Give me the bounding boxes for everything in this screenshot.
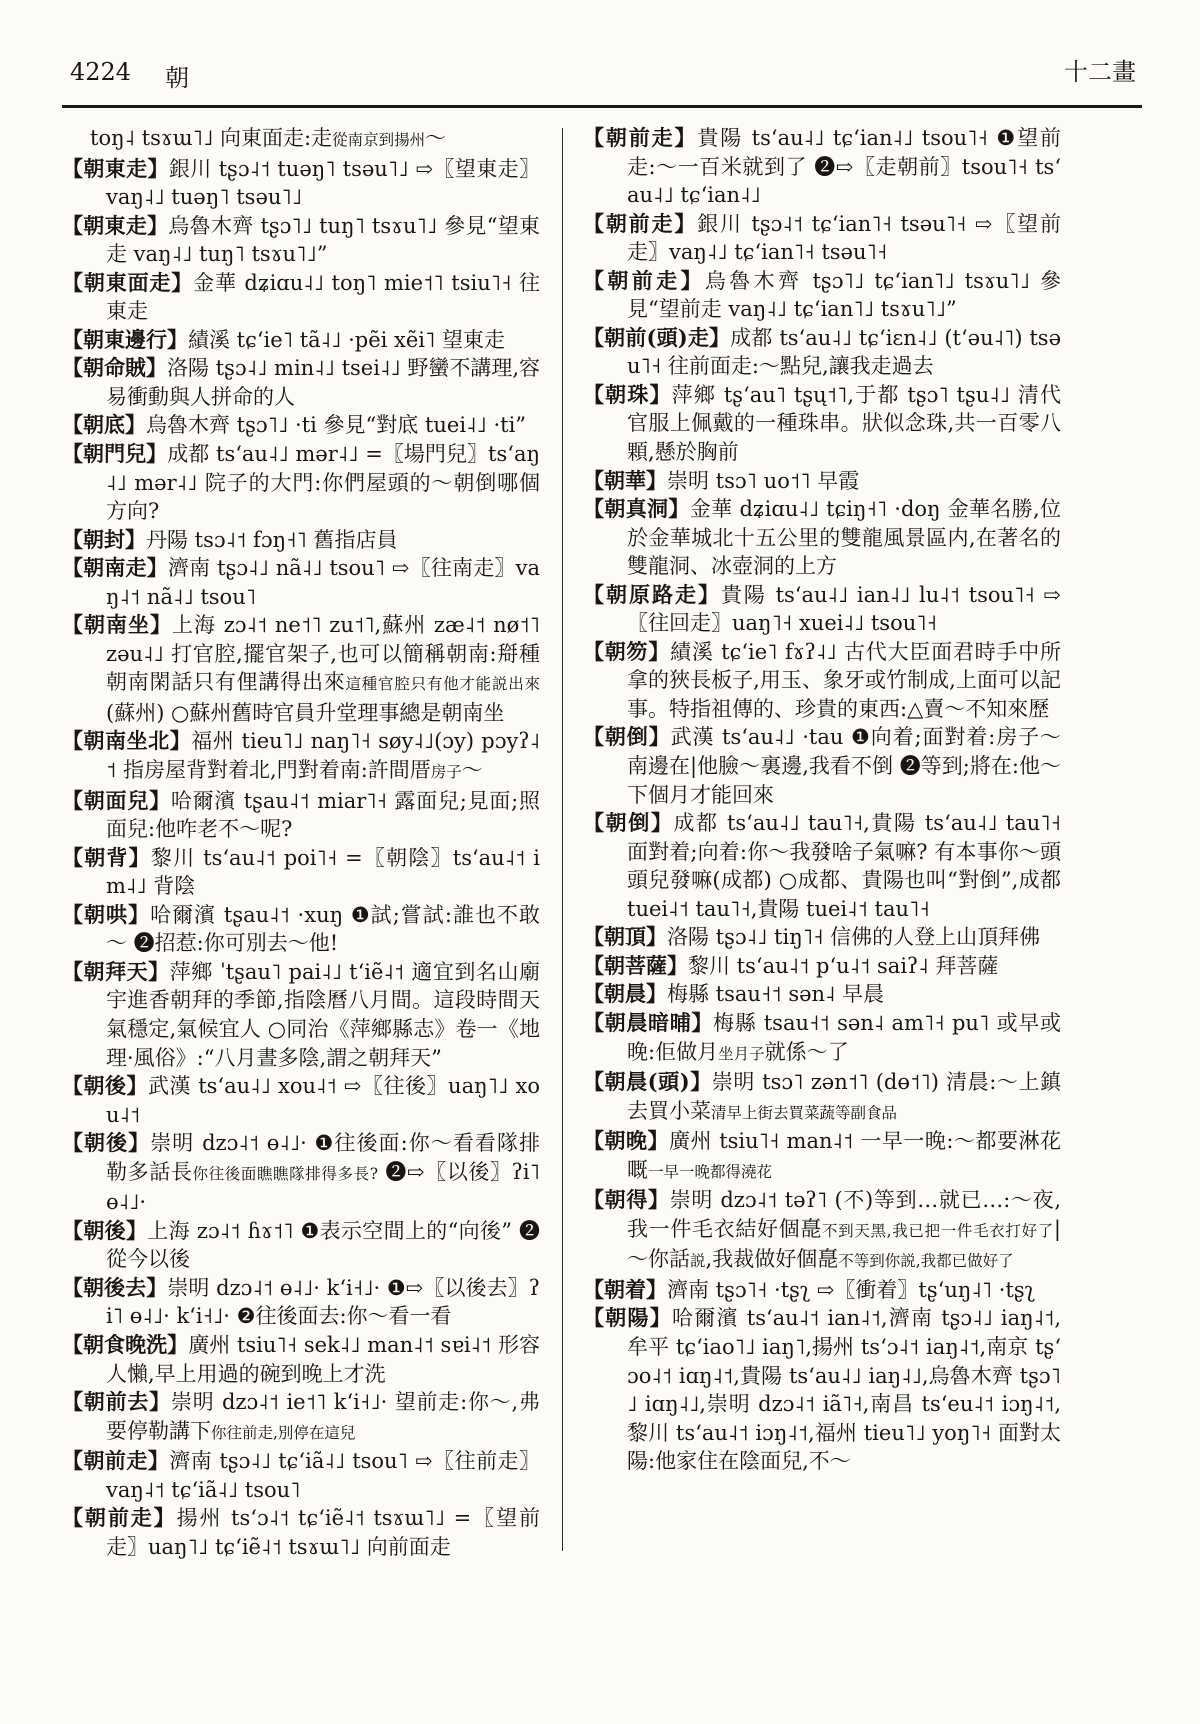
dictionary-entry: 【朝得】崇明 dzɔ˨˦ təʔ˥ (不)等到…就已…:～夜,我一件毛衣結好個嗭… — [583, 1186, 1061, 1276]
dictionary-entry: 【朝拜天】萍鄉 ˈtʂau˥ pai˨˩ tʻiẽ˨˦ 適宜到名山廟宇進香朝拜的… — [62, 958, 540, 1072]
entry-headword: 【朝笏】 — [583, 639, 670, 664]
entry-text: 梅縣 tsau˧˦ sən˨ 早晨 — [667, 982, 884, 1006]
entry-text: 銀川 tʂɔ˨˦ tuəŋ˥ tsəu˥˩ ⇨〖望東走〗vaŋ˨˩ tuəŋ˥ … — [106, 157, 540, 210]
dictionary-entry: 【朝倒】成都 tsʻau˨˩ tau˥˧,貴陽 tsʻau˨˩ tau˥˧ 面對… — [583, 809, 1061, 923]
entry-text: 金華 dʑiɑu˨˩ tɕiŋ˧˥ ·doŋ 金華名勝,位於金華城北十五公里的雙… — [627, 497, 1061, 578]
entry-headword: 【朝封】 — [62, 527, 146, 552]
dictionary-entry: 【朝頂】洛陽 tʂɔ˨˩ tiŋ˥˧ 信佛的人登上山頂拜佛 — [583, 923, 1061, 952]
dictionary-entry: 【朝前走】揚州 tsʻɔ˨˦ tɕʻiẽ˨˦ tsɤɯ˥˩ =〖望前走〗uaŋ˥… — [62, 1504, 540, 1561]
entry-headword: 【朝東邊行】 — [62, 327, 188, 352]
dictionary-entry: 【朝前走】貴陽 tsʻau˨˩ tɕʻian˨˩ tsou˥˧ ❶望前走:～一百… — [583, 124, 1061, 210]
dictionary-entry: 【朝命賊】洛陽 tʂɔ˨˩ min˨˩ tsei˨˩ 野蠻不講理,容易衝動與人拼… — [62, 354, 540, 411]
entry-headword: 【朝前走】 — [583, 268, 705, 293]
dictionary-entry: 【朝後】上海 zɔ˨˦ ɦɤ˦˥ ❶表示空間上的“向後” ❷從今以後 — [62, 1217, 540, 1274]
entry-text: 濟南 tʂɔ˨˩ tɕʻiã˨˩ tsou˥ ⇨〖往前走〗vaŋ˨˦ tɕʻiã… — [106, 1449, 540, 1502]
entry-headword: 【朝命賊】 — [62, 355, 167, 380]
entry-headword: 【朝真洞】 — [583, 496, 690, 521]
dictionary-entry: 【朝後】武漢 tsʻau˨˩ xou˨˦ ⇨〖往後〗uaŋ˥˩ xou˨˦ — [62, 1072, 540, 1129]
entry-headword: 【朝後】 — [62, 1130, 150, 1155]
entry-headword: 【朝得】 — [583, 1187, 670, 1212]
entry-text: 黎川 tsʻau˨˦ poi˥˧ =〖朝陰〗tsʻau˨˦ im˨˩ 背陰 — [106, 846, 540, 899]
entry-text: 哈爾濱 tsʻau˨˦ ian˨˦,濟南 tʂɔ˨˩ iaŋ˨˦,牟平 tɕʻi… — [627, 1306, 1061, 1473]
entry-text: 丹陽 tsɔ˨˦ fɔŋ˧˥ 舊指店員 — [146, 528, 398, 552]
entry-headword: 【朝東走】 — [62, 156, 169, 181]
dictionary-entry: 【朝前(頭)走】成都 tsʻau˨˩ tɕʻiɛn˨˩ (tʻəu˨˥) tsə… — [583, 324, 1061, 381]
dictionary-entry: 【朝華】崇明 tsɔ˥ uo˦˥ 早霞 — [583, 467, 1061, 496]
entry-headword: 【朝底】 — [62, 412, 146, 437]
dictionary-entry: 【朝笏】績溪 tɕʻie˥ fɤʔ˨˩ 古代大臣面君時手中所拿的狹長板子,用玉、… — [583, 638, 1061, 724]
entry-text: 洛陽 tʂɔ˨˩ tiŋ˥˧ 信佛的人登上山頂拜佛 — [667, 925, 1040, 949]
dictionary-entry: 【朝後去】崇明 dzɔ˨˦ ɵ˨˩· kʻi˧˩· ❶⇨〖以後去〗ʔi˥ ɵ˨˩… — [62, 1274, 540, 1331]
dictionary-entry: 【朝哄】哈爾濱 tʂau˨˦ ·xuŋ ❶試;嘗試:誰也不敢～ ❷招惹:你可別去… — [62, 901, 540, 958]
stroke-section: 十二畫 — [1064, 52, 1136, 87]
entry-headword: 【朝門兒】 — [62, 441, 167, 466]
entry-headword: 【朝南坐北】 — [62, 728, 191, 753]
entry-headword: 【朝東面走】 — [62, 270, 193, 295]
entry-text: 烏魯木齊 tʂɔ˥˩ tuŋ˥ tsɤu˥˩ 參見“望東走 vaŋ˨˩ tuŋ˥… — [106, 214, 540, 267]
entry-text: 崇明 dzɔ˨˦ ɵ˨˩· kʻi˧˩· ❶⇨〖以後去〗ʔi˥ ɵ˨˩· kʻi… — [106, 1276, 540, 1329]
entry-headword: 【朝哄】 — [62, 902, 150, 927]
entry-text: 績溪 tɕʻie˥ tã˨˩ ·pẽi xẽi˥ 望東走 — [188, 328, 505, 352]
dictionary-entry: 【朝東走】烏魯木齊 tʂɔ˥˩ tuŋ˥ tsɤu˥˩ 參見“望東走 vaŋ˨˩… — [62, 212, 540, 269]
dictionary-entry: 【朝晨暗晡】梅縣 tsau˧˦ sən˨ am˥˧ pu˥ 或早或晚:佢做月坐月… — [583, 1009, 1061, 1068]
entry-headword: 【朝晨】 — [583, 981, 667, 1006]
entry-text: 績溪 tɕʻie˥ fɤʔ˨˩ 古代大臣面君時手中所拿的狹長板子,用玉、象牙或竹… — [627, 640, 1061, 721]
entry-headword: 【朝南坐】 — [62, 612, 172, 637]
gloss-small-text: 不等到你説,我都已做好了 — [838, 1252, 1013, 1270]
entry-text: toŋ˨ tsɤɯ˥˩ 向東面走:走 — [90, 126, 332, 150]
entry-text: 萍鄉 tʂʻau˥ tʂų˦˥,于都 tʂɔ˥ tʂu˨˩ 清代官服上佩戴的一種… — [627, 383, 1061, 464]
entry-text: 崇明 tsɔ˥ uo˦˥ 早霞 — [667, 469, 859, 493]
gloss-small-text: 從南京到揚州 — [332, 131, 425, 149]
entry-text: ～ — [425, 126, 446, 150]
entry-headword: 【朝原路走】 — [583, 582, 721, 607]
entry-headword: 【朝後去】 — [62, 1275, 167, 1300]
radical-headword: 朝 — [165, 58, 189, 93]
two-column-body: toŋ˨ tsɤɯ˥˩ 向東面走:走從南京到揚州～【朝東走】銀川 tʂɔ˨˦ t… — [62, 124, 1142, 1561]
entry-headword: 【朝前走】 — [62, 1448, 169, 1473]
entry-text: ,我裁做好個嗭 — [706, 1247, 839, 1271]
entry-headword: 【朝倒】 — [583, 810, 673, 835]
entry-headword: 【朝倒】 — [583, 724, 671, 749]
entry-text: 黎川 tsʻau˨˦ pʻu˨˦ saiʔ˨ 拜菩薩 — [688, 954, 998, 978]
dictionary-entry: 【朝前走】濟南 tʂɔ˨˩ tɕʻiã˨˩ tsou˥ ⇨〖往前走〗vaŋ˨˦ … — [62, 1447, 540, 1504]
entry-text: 萍鄉 ˈtʂau˥ pai˨˩ tʻiẽ˨˦ 適宜到名山廟宇進香朝拜的季節,指陰… — [106, 960, 540, 1070]
dictionary-entry: 【朝門兒】成都 tsʻau˨˩ mər˨˩ =〖場門兒〗tsʻaŋ˨˩ mər˨… — [62, 440, 540, 526]
page-header: 4224 朝 十二畫 — [62, 52, 1142, 105]
entry-headword: 【朝拜天】 — [62, 959, 170, 984]
dictionary-entry: 【朝南坐北】福州 tieu˥˩ naŋ˥˧ søy˨˩(ɔy) pɔyʔ˨˦ 指… — [62, 727, 540, 786]
entry-headword: 【朝晨暗晡】 — [583, 1010, 713, 1035]
entry-headword: 【朝前去】 — [62, 1389, 171, 1414]
entry-headword: 【朝面兒】 — [62, 788, 171, 813]
entry-headword: 【朝菩薩】 — [583, 953, 688, 978]
entry-headword: 【朝南走】 — [62, 555, 168, 580]
right-column: 【朝前走】貴陽 tsʻau˨˩ tɕʻian˨˩ tsou˥˧ ❶望前走:～一百… — [583, 124, 1061, 1561]
entry-text: 洛陽 tʂɔ˨˩ min˨˩ tsei˨˩ 野蠻不講理,容易衝動與人拼命的人 — [106, 356, 540, 409]
entry-headword: 【朝頂】 — [583, 924, 667, 949]
dictionary-entry: 【朝東走】銀川 tʂɔ˨˦ tuəŋ˥ tsəu˥˩ ⇨〖望東走〗vaŋ˨˩ t… — [62, 155, 540, 212]
entry-headword: 【朝食晚洗】 — [62, 1332, 188, 1357]
entry-headword: 【朝晨(頭)】 — [583, 1069, 712, 1094]
gloss-small-text: 你往後面瞧瞧隊排得多長? — [192, 1165, 378, 1183]
dictionary-entry: 【朝後】崇明 dzɔ˨˦ ɵ˨˩· ❶往後面:你～看看隊排勒多話長你往後面瞧瞧隊… — [62, 1129, 540, 1217]
page-number: 4224 — [70, 58, 131, 93]
entry-text: 武漢 tsʻau˨˩ xou˨˦ ⇨〖往後〗uaŋ˥˩ xou˨˦ — [106, 1074, 540, 1127]
gloss-small-text: 清早上街去買菜蔬等副食品 — [711, 1104, 897, 1122]
dictionary-entry: 【朝前走】烏魯木齊 tʂɔ˥˩ tɕʻian˥˩ tsɤu˥˩ 參見“望前走 v… — [583, 267, 1061, 324]
entry-text: 哈爾濱 tʂau˨˦ ·xuŋ ❶試;嘗試:誰也不敢～ ❷招惹:你可別去～他! — [106, 903, 540, 956]
entry-headword: 【朝珠】 — [583, 382, 672, 407]
dictionary-entry: 【朝南走】濟南 tʂɔ˨˩ nã˨˩ tsou˥ ⇨〖往南走〗vaŋ˨˦ nã˨… — [62, 554, 540, 611]
gloss-small-text: 坐月子 — [718, 1045, 765, 1063]
entry-text: 成都 tsʻau˨˩ mər˨˩ =〖場門兒〗tsʻaŋ˨˩ mər˨˩ 院子的… — [106, 442, 540, 523]
entry-text: (蘇州) ○蘇州舊時官員升堂理事總是朝南坐 — [106, 701, 504, 725]
dictionary-entry: 【朝原路走】貴陽 tsʻau˨˩ ian˨˩ lu˨˦ tsou˥˧ ⇨〖往回走… — [583, 581, 1061, 638]
dictionary-entry: 【朝封】丹陽 tsɔ˨˦ fɔŋ˧˥ 舊指店員 — [62, 526, 540, 555]
entry-headword: 【朝着】 — [583, 1277, 667, 1302]
dictionary-entry: 【朝晨(頭)】崇明 tsɔ˥ zən˦˥ (dɵ˦˥) 清晨:～上鎮去買小菜清早… — [583, 1068, 1061, 1127]
header-left: 4224 朝 — [70, 58, 189, 93]
dictionary-entry: 【朝倒】武漢 tsʻau˨˩ ·tau ❶向着;面對着:房子～南邊在|他臉～裏邊… — [583, 723, 1061, 809]
gloss-small-text: 一早一晚都得澆花 — [648, 1163, 772, 1181]
entry-text: 濟南 tʂɔ˥˧ ·tʂʅ ⇨〖衝着〗tʂʻuŋ˨˥ ·tʂʅ — [667, 1278, 1035, 1302]
dictionary-entry: 【朝食晚洗】廣州 tsiu˥˧ sek˨˩ man˨˦ sɐi˨˦ 形容人懶,早… — [62, 1331, 540, 1388]
dictionary-entry: 【朝底】烏魯木齊 tʂɔ˥˩ ·ti 參見“對底 tuei˨˩ ·ti” — [62, 411, 540, 440]
dictionary-entry: 【朝面兒】哈爾濱 tʂau˨˦ miar˥˧ 露面兒;見面;照面兒:他咋老不～呢… — [62, 787, 540, 844]
entry-text: 上海 zɔ˨˦ ɦɤ˦˥ ❶表示空間上的“向後” ❷從今以後 — [106, 1219, 540, 1272]
dictionary-entry: 【朝珠】萍鄉 tʂʻau˥ tʂų˦˥,于都 tʂɔ˥ tʂu˨˩ 清代官服上佩… — [583, 381, 1061, 467]
gloss-small-text: 你往前走,別停在這兒 — [211, 1424, 355, 1442]
left-column: toŋ˨ tsɤɯ˥˩ 向東面走:走從南京到揚州～【朝東走】銀川 tʂɔ˨˦ t… — [62, 124, 540, 1561]
dictionary-entry: 【朝菩薩】黎川 tsʻau˨˦ pʻu˨˦ saiʔ˨ 拜菩薩 — [583, 952, 1061, 981]
entry-text: 就係～了 — [765, 1040, 849, 1064]
entry-headword: 【朝前走】 — [62, 1505, 177, 1530]
entry-headword: 【朝後】 — [62, 1218, 147, 1243]
dictionary-page: 4224 朝 十二畫 toŋ˨ tsɤɯ˥˩ 向東面走:走從南京到揚州～【朝東走… — [0, 0, 1200, 1724]
dictionary-entry: 【朝南坐】上海 zɔ˨˦ ne˦˥ zu˦˥,蘇州 zæ˨˦ nø˦˥ zəu˨… — [62, 611, 540, 727]
gloss-small-text: 説 — [690, 1252, 706, 1270]
entry-headword: 【朝背】 — [62, 845, 151, 870]
dictionary-entry: 【朝背】黎川 tsʻau˨˦ poi˥˧ =〖朝陰〗tsʻau˨˦ im˨˩ 背… — [62, 844, 540, 901]
entry-headword: 【朝華】 — [583, 468, 667, 493]
dictionary-entry: 【朝前去】崇明 dzɔ˨˦ ie˦˥ kʻi˧˩· 望前走:你～,弗要停勒講下你… — [62, 1388, 540, 1447]
entry-text: 成都 tsʻau˨˩ tau˥˧,貴陽 tsʻau˨˩ tau˥˧ 面對着;向着… — [627, 811, 1061, 921]
entry-text: ～ — [462, 758, 483, 782]
column-divider — [562, 128, 563, 1551]
dictionary-entry: 【朝晚】廣州 tsiu˥˧ man˨˦ 一早一晚:～都要淋花嘅一早一晚都得澆花 — [583, 1127, 1061, 1186]
entry-text: 濟南 tʂɔ˨˩ nã˨˩ tsou˥ ⇨〖往南走〗vaŋ˨˦ nã˨˩ tso… — [106, 556, 540, 609]
entry-headword: 【朝前走】 — [583, 125, 697, 150]
entry-headword: 【朝晚】 — [583, 1128, 669, 1153]
gloss-small-text: 房子 — [431, 763, 462, 781]
entry-text: 哈爾濱 tʂau˨˦ miar˥˧ 露面兒;見面;照面兒:他咋老不～呢? — [106, 789, 540, 842]
dictionary-entry: 【朝前走】銀川 tʂɔ˨˦ tɕʻian˥˧ tsəu˥˧ ⇨〖望前走〗vaŋ˨… — [583, 210, 1061, 267]
gloss-small-text: 這種官腔只有他才能説出來 — [346, 675, 541, 693]
dictionary-entry: 【朝東邊行】績溪 tɕʻie˥ tã˨˩ ·pẽi xẽi˥ 望東走 — [62, 326, 540, 355]
entry-headword: 【朝東走】 — [62, 213, 168, 238]
dictionary-entry: toŋ˨ tsɤɯ˥˩ 向東面走:走從南京到揚州～ — [62, 124, 540, 155]
entry-headword: 【朝前走】 — [583, 211, 697, 236]
entry-headword: 【朝後】 — [62, 1073, 148, 1098]
entry-text: 烏魯木齊 tʂɔ˥˩ ·ti 參見“對底 tuei˨˩ ·ti” — [146, 413, 526, 437]
gloss-small-text: 不到天黑,我已把一件毛衣打好了 — [822, 1222, 1054, 1240]
dictionary-entry: 【朝着】濟南 tʂɔ˥˧ ·tʂʅ ⇨〖衝着〗tʂʻuŋ˨˥ ·tʂʅ — [583, 1276, 1061, 1305]
entry-text: 武漢 tsʻau˨˩ ·tau ❶向着;面對着:房子～南邊在|他臉～裏邊,我看不… — [627, 725, 1061, 806]
dictionary-entry: 【朝晨】梅縣 tsau˧˦ sən˨ 早晨 — [583, 980, 1061, 1009]
dictionary-entry: 【朝東面走】金華 dʑiɑu˨˩ toŋ˥ mie˦˥ tsiu˥˧ 往東走 — [62, 269, 540, 326]
dictionary-entry: 【朝真洞】金華 dʑiɑu˨˩ tɕiŋ˧˥ ·doŋ 金華名勝,位於金華城北十… — [583, 495, 1061, 581]
entry-headword: 【朝陽】 — [583, 1305, 672, 1330]
entry-headword: 【朝前(頭)走】 — [583, 325, 730, 350]
dictionary-entry: 【朝陽】哈爾濱 tsʻau˨˦ ian˨˦,濟南 tʂɔ˨˩ iaŋ˨˦,牟平 … — [583, 1304, 1061, 1475]
header-rule — [62, 105, 1142, 108]
